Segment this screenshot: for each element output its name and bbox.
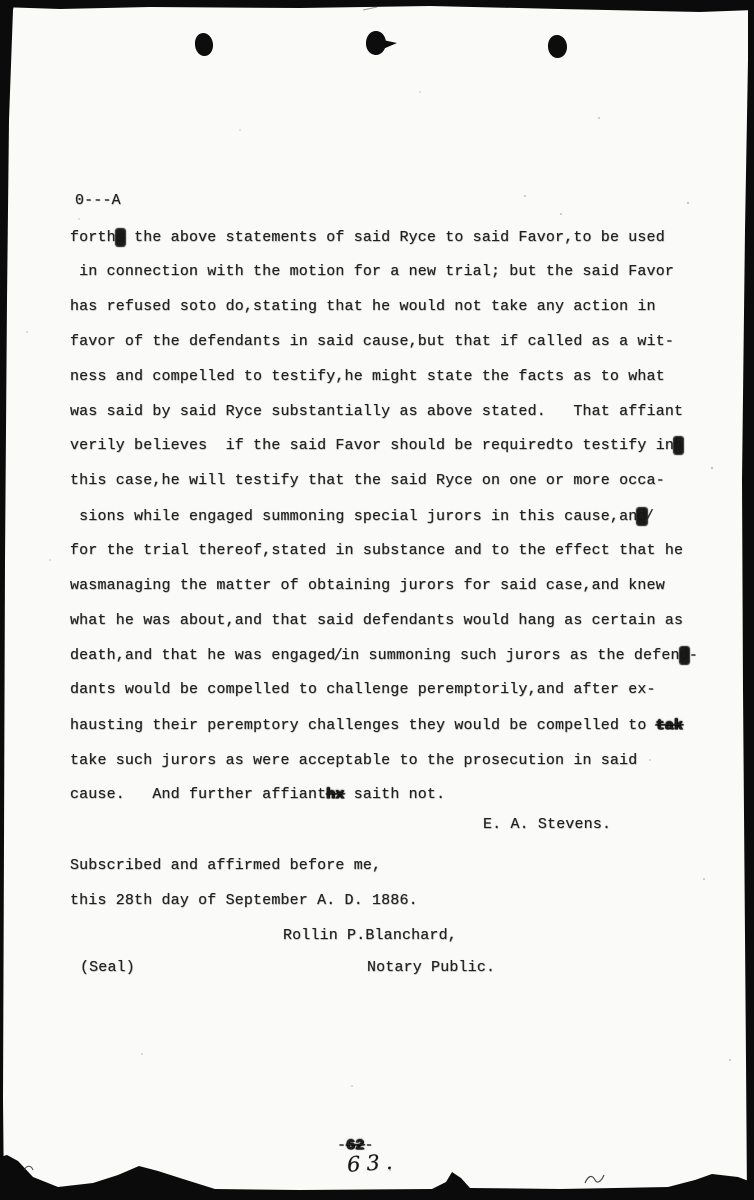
text-run: forth <box>70 229 116 246</box>
scan-edge-right <box>742 0 754 1200</box>
text-run: hausting their peremptory challenges the… <box>70 717 656 734</box>
blot-mark: d <box>680 647 689 664</box>
text-line: sions while engaged summoning special ju… <box>70 508 652 524</box>
punch-hole <box>194 32 214 57</box>
text-line: this 28th day of September A. D. 1886. <box>70 893 418 908</box>
pencil-squiggle <box>24 1166 33 1170</box>
signature-line: E. A. Stevens. <box>483 817 611 832</box>
text-run: for the trial thereof,stated in substanc… <box>70 542 683 559</box>
text-run: death,and that he was engaged <box>70 647 335 664</box>
text-run: in summoning such jurors as the defen <box>341 647 680 664</box>
text-line: favor of the defendants in said cause,bu… <box>70 334 674 349</box>
text-run: - <box>337 1137 346 1154</box>
seal-label: (Seal) <box>80 960 135 975</box>
blot-mark: h <box>674 437 683 454</box>
page-number-handwritten: 63. <box>346 1149 399 1177</box>
notary-title: Notary Public. <box>367 960 495 975</box>
xout-mark: tak <box>656 717 683 734</box>
text-run: this 28th day of September A. D. 1886. <box>70 892 418 909</box>
blot-mark: d <box>637 508 646 525</box>
text-run: was said by said Ryce substantially as a… <box>70 403 683 420</box>
text-run: has refused soto do,stating that he woul… <box>70 298 656 315</box>
text-run: verily believes if the said Favor should… <box>70 437 674 454</box>
scan-edge-top <box>0 0 754 12</box>
text-line: cause. And further affianthx saith not. <box>70 787 445 802</box>
text-line: has refused soto do,stating that he woul… <box>70 299 656 314</box>
text-line: verily believes if the said Favor should… <box>70 438 683 453</box>
text-run: Rollin P.Blanchard, <box>283 927 457 944</box>
text-line: Subscribed and affirmed before me, <box>70 858 381 873</box>
text-run: E. A. Stevens. <box>483 816 611 833</box>
text-run: the above statements of said Ryce to sai… <box>125 229 665 246</box>
text-line: forths the above statements of said Ryce… <box>70 230 665 245</box>
text-line: was said by said Ryce substantially as a… <box>70 404 683 419</box>
text-run: what he was about,and that said defendan… <box>70 612 683 629</box>
text-run: this case,he will testify that the said … <box>70 472 665 489</box>
text-line: death,and that he was engaged/in summoni… <box>70 647 698 663</box>
scan-edge-left <box>0 0 15 1200</box>
text-line: take such jurors as were acceptable to t… <box>70 753 637 768</box>
text-line: hausting their peremptory challenges the… <box>70 718 683 733</box>
text-run: in connection with the motion for a new … <box>70 263 674 280</box>
punch-hole <box>547 35 567 59</box>
text-run: (Seal) <box>80 959 135 976</box>
margin-mark: 0---A <box>75 193 121 208</box>
text-line: what he was about,and that said defendan… <box>70 613 683 628</box>
text-run: ness and compelled to testify,he might s… <box>70 368 665 385</box>
text-run: Notary Public. <box>367 959 495 976</box>
text-line: dants would be compelled to challenge pe… <box>70 682 656 697</box>
text-run: wasmanaging the matter of obtaining juro… <box>70 577 665 594</box>
pencil-squiggle <box>585 1175 604 1183</box>
text-run: saith not. <box>345 786 446 803</box>
text-run: - <box>689 647 698 664</box>
text-line: ness and compelled to testify,he might s… <box>70 369 665 384</box>
text-run: dants would be compelled to challenge pe… <box>70 681 656 698</box>
text-line: this case,he will testify that the said … <box>70 473 665 488</box>
paper-speckles <box>26 91 731 1171</box>
punch-hole <box>365 30 387 55</box>
pen-mark: ∕ <box>647 506 653 524</box>
text-run: cause. And further affiant <box>70 786 326 803</box>
text-line: in connection with the motion for a new … <box>70 264 674 279</box>
xout-mark: hx <box>326 786 344 803</box>
scanned-affidavit-page: 0---A forths the above statements of sai… <box>0 0 754 1200</box>
scan-edge-overlay <box>0 0 754 1200</box>
text-run: take such jurors as were acceptable to t… <box>70 752 637 769</box>
text-line: for the trial thereof,stated in substanc… <box>70 543 683 558</box>
scan-scratch <box>363 7 377 10</box>
text-run: favor of the defendants in said cause,bu… <box>70 333 674 350</box>
blot-mark: s <box>116 229 125 246</box>
notary-name-line: Rollin P.Blanchard, <box>283 928 457 943</box>
text-run: Subscribed and affirmed before me, <box>70 857 381 874</box>
text-line: wasmanaging the matter of obtaining juro… <box>70 578 665 593</box>
text-run: sions while engaged summoning special ju… <box>70 508 637 525</box>
